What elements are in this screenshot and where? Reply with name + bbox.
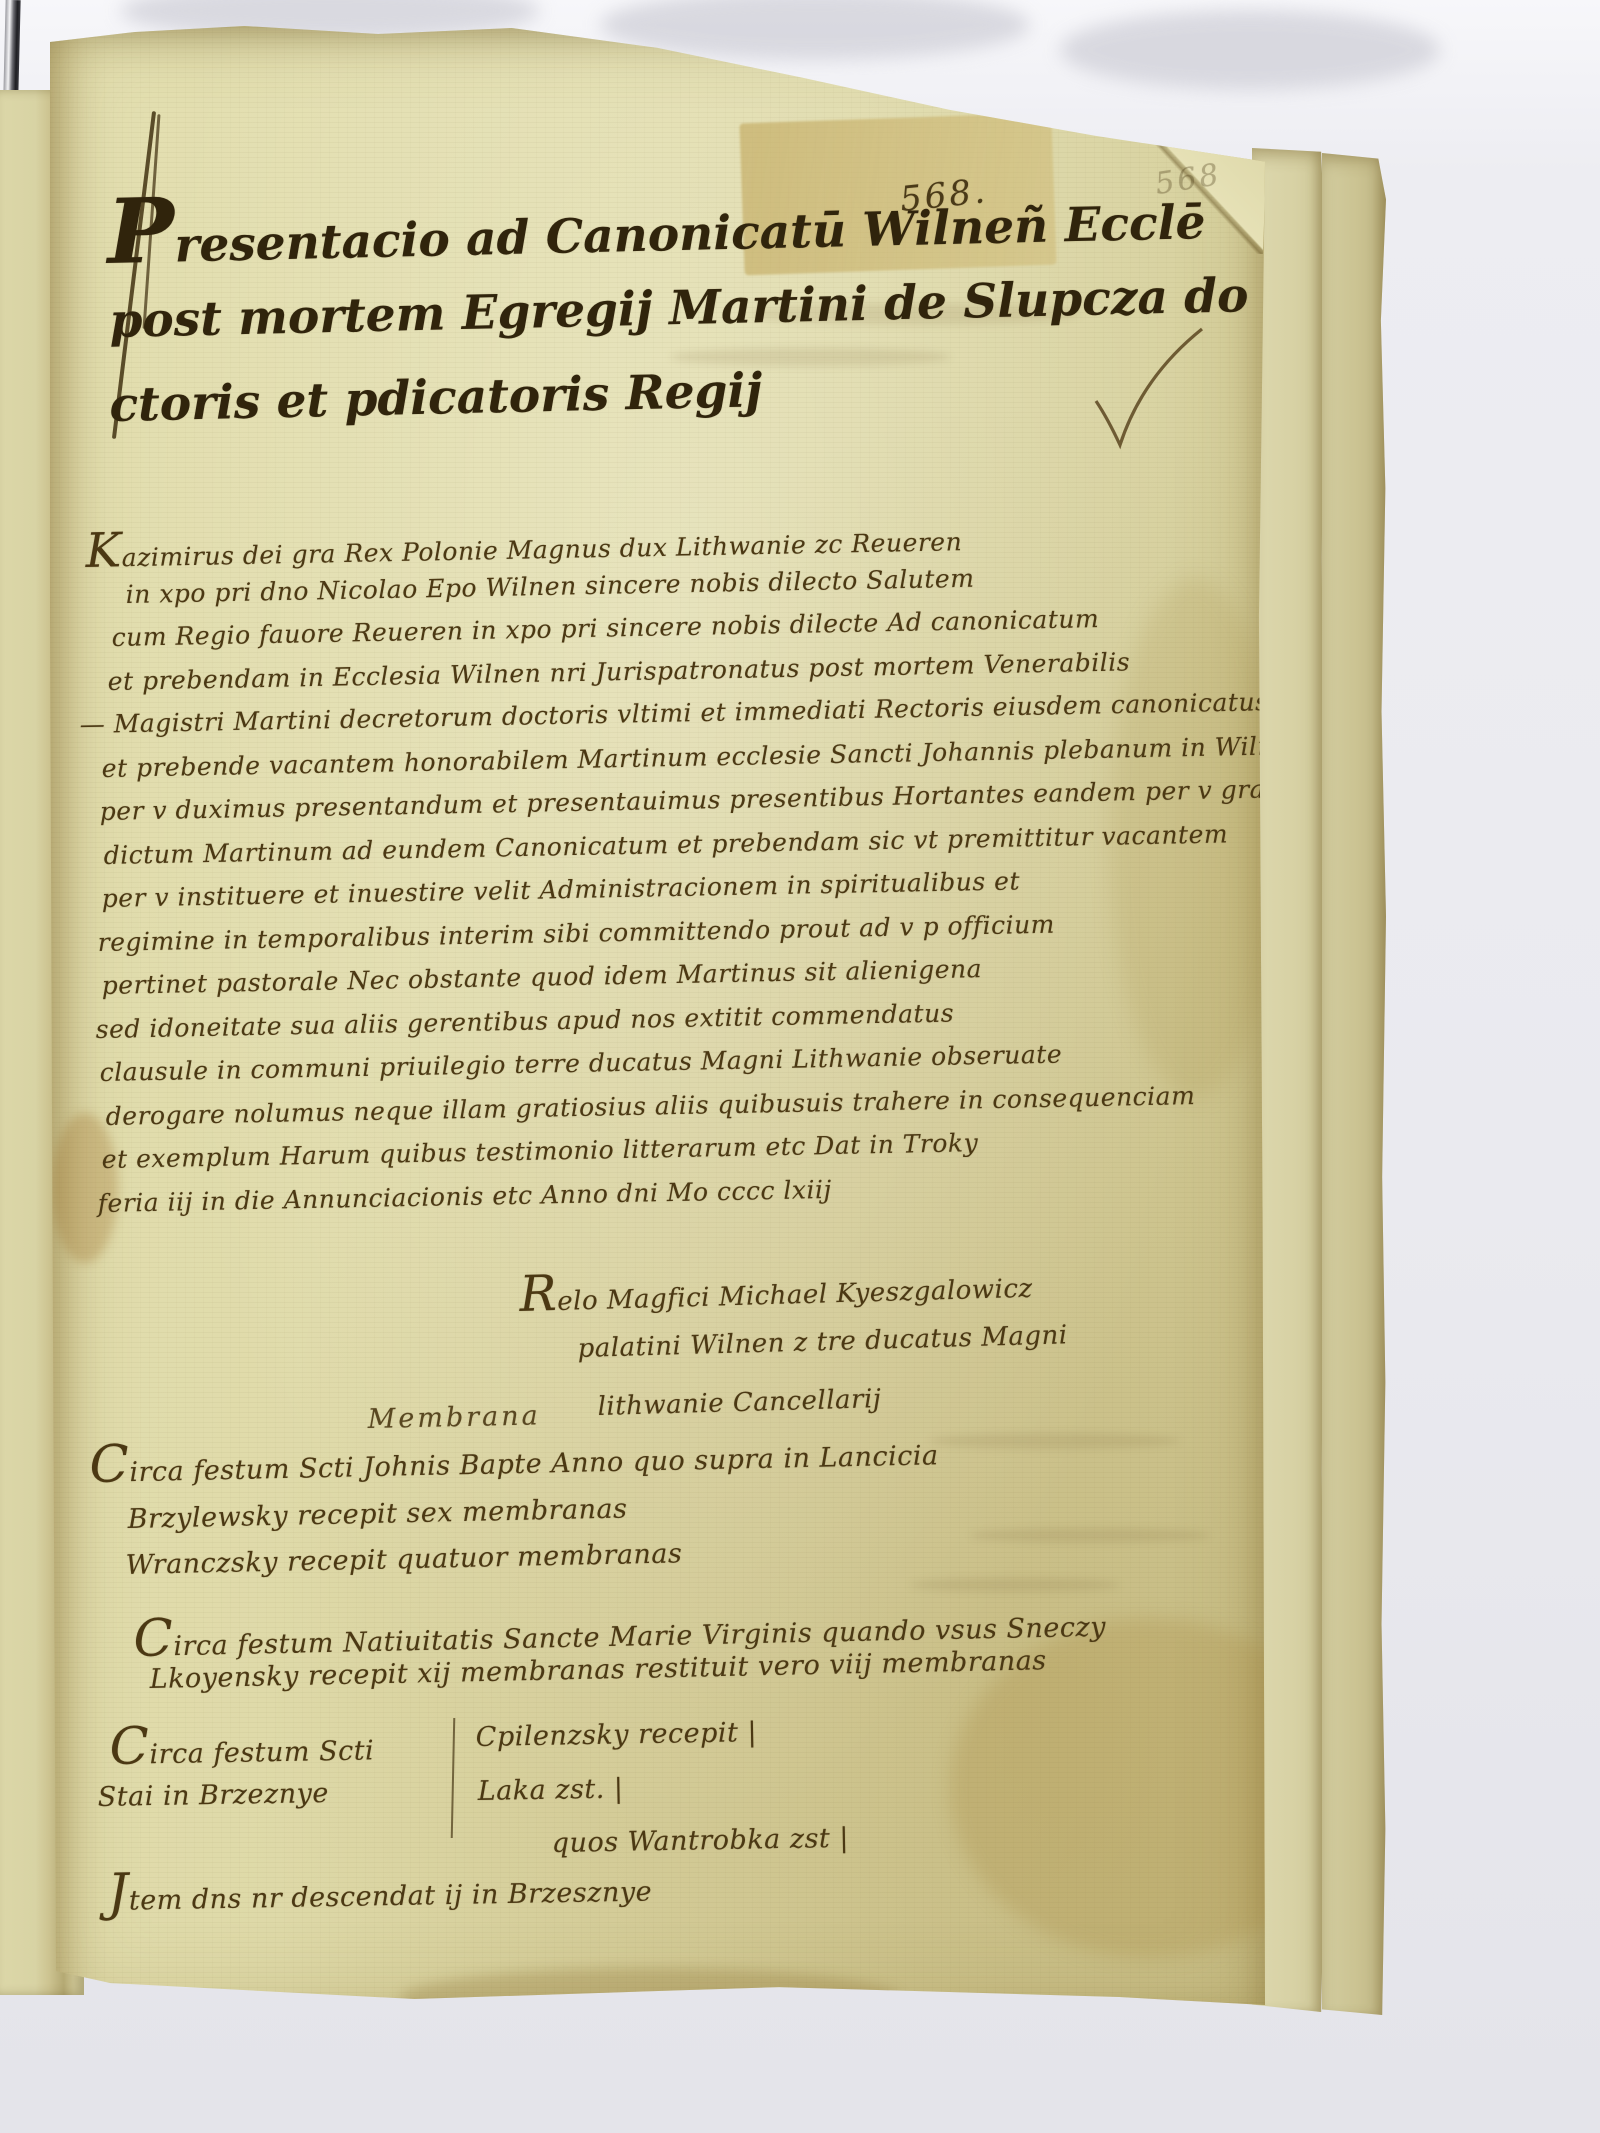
allocation-right-line: Cpilenzsky recepit | [476, 1719, 758, 1751]
bleedthrough-smudge [910, 1578, 1120, 1592]
body-line: in xpo pri dno Nicolao Epo Wilnen sincer… [126, 566, 975, 607]
body-line: regimine in temporalibus interim sibi co… [98, 912, 1056, 955]
stain-bottom-edge [400, 1968, 900, 2028]
body-line: pertinet pastorale Nec obstante quod ide… [102, 956, 983, 998]
membrane-line: Brzylewsky recepit sex membranas [127, 1496, 627, 1533]
heading-line: ctoris et pdicatoris Regij [109, 367, 763, 429]
scanned-manuscript-photo: { "photo": { "backdrop_color": "#ebebf0"… [0, 0, 1600, 2133]
body-line: clausule in communi priuilegio terre duc… [100, 1042, 1063, 1085]
footer-note-line: Jtem dns nr descendat ij in Brzesznye [107, 1865, 652, 1915]
allocation-left-line: Circa festum Scti [109, 1723, 374, 1769]
allocation-right-line: quos Wantrobka zst | [552, 1825, 850, 1857]
body-line: cum Regio fauore Reueren in xpo pri sinc… [112, 606, 1100, 650]
allocation-left-line: Stai in Brzeznye [98, 1780, 330, 1811]
signature-line: Relo Magfici Michael Kyeszgalowicz [519, 1262, 1033, 1316]
manuscript-page: 568. 568 Presentacio ad Canonicatū Wilne… [50, 18, 1265, 2013]
body-line: per v instituere et inuestire velit Admi… [102, 868, 1021, 911]
body-line: et exemplum Harum quibus testimonio litt… [102, 1130, 979, 1172]
body-line: Kazimirus dei gra Rex Polonie Magnus dux… [85, 517, 962, 571]
signature-line: lithwanie Cancellarij [597, 1386, 881, 1420]
checkmark-annotation [1090, 323, 1210, 463]
bleedthrough-smudge [670, 348, 950, 366]
signature-line: palatini Wilnen z tre ducatus Magni [577, 1322, 1068, 1362]
membrane-label: Membrana [367, 1402, 541, 1433]
body-line: feria iij in die Annunciacionis etc Anno… [98, 1177, 832, 1216]
body-line: et prebendam in Ecclesia Wilnen nri Juri… [108, 649, 1131, 694]
body-line: sed idoneitate sua aliis gerentibus apud… [96, 1001, 955, 1042]
underlying-page-edge-2 [1322, 153, 1386, 2015]
heading-line: post mortem Egregij Martini de Slupcza d… [109, 272, 1249, 345]
membrane-line: Wranczsky recepit quatuor membranas [125, 1540, 682, 1579]
bleedthrough-smudge [970, 1528, 1210, 1543]
body-line: dictum Martinum ad eundem Canonicatum et… [104, 821, 1229, 868]
body-line: per v duximus presentandum et presentaui… [100, 776, 1306, 824]
body-line: et prebende vacantem honorabilem Martinu… [102, 733, 1290, 781]
membrane-line: Circa festum Scti Johnis Bapte Anno quo … [89, 1428, 939, 1487]
body-line: derogare nolumus neque illam gratiosius … [106, 1083, 1196, 1129]
backdrop-shadow-wave [1060, 10, 1440, 90]
body-line: — Magistri Martini decretorum doctoris v… [80, 689, 1269, 737]
allocation-right-line: Laka zst. | [478, 1775, 624, 1805]
bleedthrough-smudge [930, 1433, 1180, 1449]
column-divider-rule [451, 1718, 456, 1838]
